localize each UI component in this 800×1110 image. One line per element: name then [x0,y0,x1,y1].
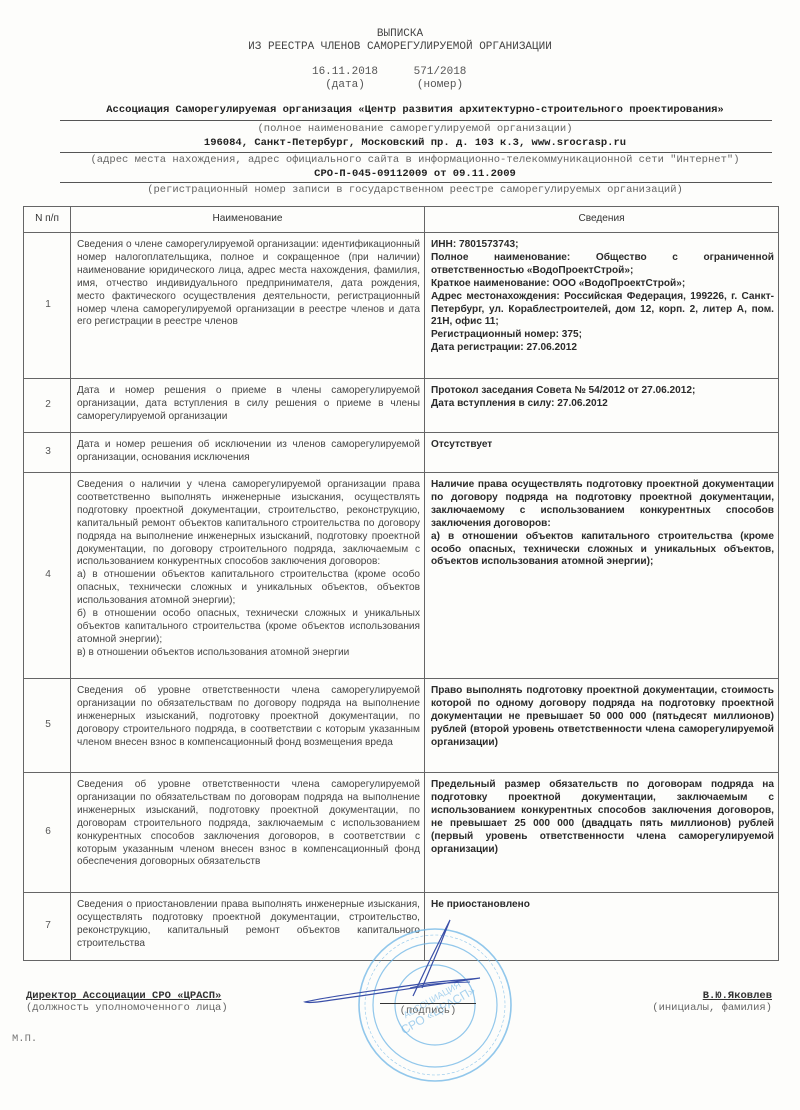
column-header-info: Сведения [425,207,779,233]
row-info: ИНН: 7801573743; Полное наименование: Об… [425,233,779,379]
table-row: 6 Сведения об уровне ответственности чле… [24,773,779,893]
divider [60,182,772,183]
extract-number: 571/2018 [400,66,480,78]
document-title: ВЫПИСКА [0,28,800,40]
document-subtitle: ИЗ РЕЕСТРА ЧЛЕНОВ САМОРЕГУЛИРУЕМОЙ ОРГАН… [0,41,800,53]
column-header-name: Наименование [71,207,425,233]
rights-item-c: в) в отношении объектов использования ат… [77,647,420,660]
signatory-name-block: В.Ю.Яковлев (инициалы, фамилия) [652,990,772,1014]
table-row: 4 Сведения о наличии у члена саморегулир… [24,473,779,679]
signatory-name-caption: (инициалы, фамилия) [652,1002,772,1014]
extract-date: 16.11.2018 [305,66,385,78]
row-name: Сведения об уровне ответственности члена… [71,773,425,893]
row-number: 3 [24,433,71,473]
organization-full-name: Ассоциация Саморегулируемая организация … [60,104,770,116]
rights-granted-item-a: а) в отношении объектов капитального стр… [431,531,774,570]
row-name: Сведения о приостановлении права выполня… [71,893,425,961]
member-short-name: Краткое наименование: ООО «ВодоПроектСтр… [431,278,774,291]
row-name: Сведения о члене саморегулируемой органи… [71,233,425,379]
row-name: Дата и номер решения о приеме в члены са… [71,379,425,433]
rights-granted: Наличие права осуществлять подготовку пр… [431,479,774,531]
admission-protocol: Протокол заседания Совета № 54/2012 от 2… [431,385,774,398]
member-inn: ИНН: 7801573743; [431,239,774,252]
registry-table: N п/п Наименование Сведения 1 Сведения о… [23,206,779,961]
row-number: 1 [24,233,71,379]
signature-caption: (подпись) [380,1003,476,1017]
signatory-position: Директор Ассоциации СРО «ЦРАСП» [26,990,228,1002]
member-reg-number: Регистрационный номер: 375; [431,329,774,342]
row-name: Дата и номер решения об исключении из чл… [71,433,425,473]
divider [60,120,772,121]
rights-item-a: а) в отношении объектов капитального стр… [77,569,420,608]
extract-number-caption: (номер) [400,79,480,91]
organization-registry-number-caption: (регистрационный номер записи в государс… [60,184,770,196]
table-row: 1 Сведения о члене саморегулируемой орга… [24,233,779,379]
divider [60,152,772,153]
member-full-name: Полное наименование: Общество с ограниче… [431,252,774,278]
row-info: Предельный размер обязательств по догово… [425,773,779,893]
liability-level-contract-fund: Предельный размер обязательств по догово… [431,779,774,856]
signatory-position-block: Директор Ассоциации СРО «ЦРАСП» (должнос… [26,990,228,1014]
row-info: Право выполнять подготовку проектной док… [425,679,779,773]
row-number: 5 [24,679,71,773]
table-row: 3 Дата и номер решения об исключении из … [24,433,779,473]
organization-registry-number: СРО-П-045-09112009 от 09.11.2009 [60,168,770,180]
rights-intro: Сведения о наличии у члена саморегулируе… [77,479,420,569]
organization-full-name-caption: (полное наименование саморегулируемой ор… [60,123,770,135]
row-name: Сведения об уровне ответственности члена… [71,679,425,773]
table-header-row: N п/п Наименование Сведения [24,207,779,233]
table-row: 5 Сведения об уровне ответственности чле… [24,679,779,773]
organization-address-caption: (адрес места нахождения, адрес официальн… [60,154,770,166]
liability-level-harm-fund: Право выполнять подготовку проектной док… [431,685,774,750]
signatory-position-caption: (должность уполномоченного лица) [26,1002,228,1014]
row-number: 6 [24,773,71,893]
rights-item-b: б) в отношении особо опасных, технически… [77,608,420,647]
suspension-status: Не приостановлено [431,899,774,912]
signatory-name: В.Ю.Яковлев [652,990,772,1002]
row-info: Отсутствует [425,433,779,473]
row-info: Наличие права осуществлять подготовку пр… [425,473,779,679]
member-reg-date: Дата регистрации: 27.06.2012 [431,342,774,355]
row-number: 7 [24,893,71,961]
extract-date-caption: (дата) [305,79,385,91]
row-number: 4 [24,473,71,679]
row-name: Сведения о наличии у члена саморегулируе… [71,473,425,679]
table-row: 7 Сведения о приостановлении права выпол… [24,893,779,961]
row-info: Протокол заседания Совета № 54/2012 от 2… [425,379,779,433]
member-address: Адрес местонахождения: Российская Федера… [431,291,774,330]
column-header-number: N п/п [24,207,71,233]
seal-place-mark: М.П. [12,1033,37,1045]
admission-effective-date: Дата вступления в силу: 27.06.2012 [431,398,774,411]
exclusion-status: Отсутствует [431,439,774,452]
organization-address: 196084, Санкт-Петербург, Московский пр. … [60,137,770,149]
table-row: 2 Дата и номер решения о приеме в члены … [24,379,779,433]
row-number: 2 [24,379,71,433]
row-info: Не приостановлено [425,893,779,961]
